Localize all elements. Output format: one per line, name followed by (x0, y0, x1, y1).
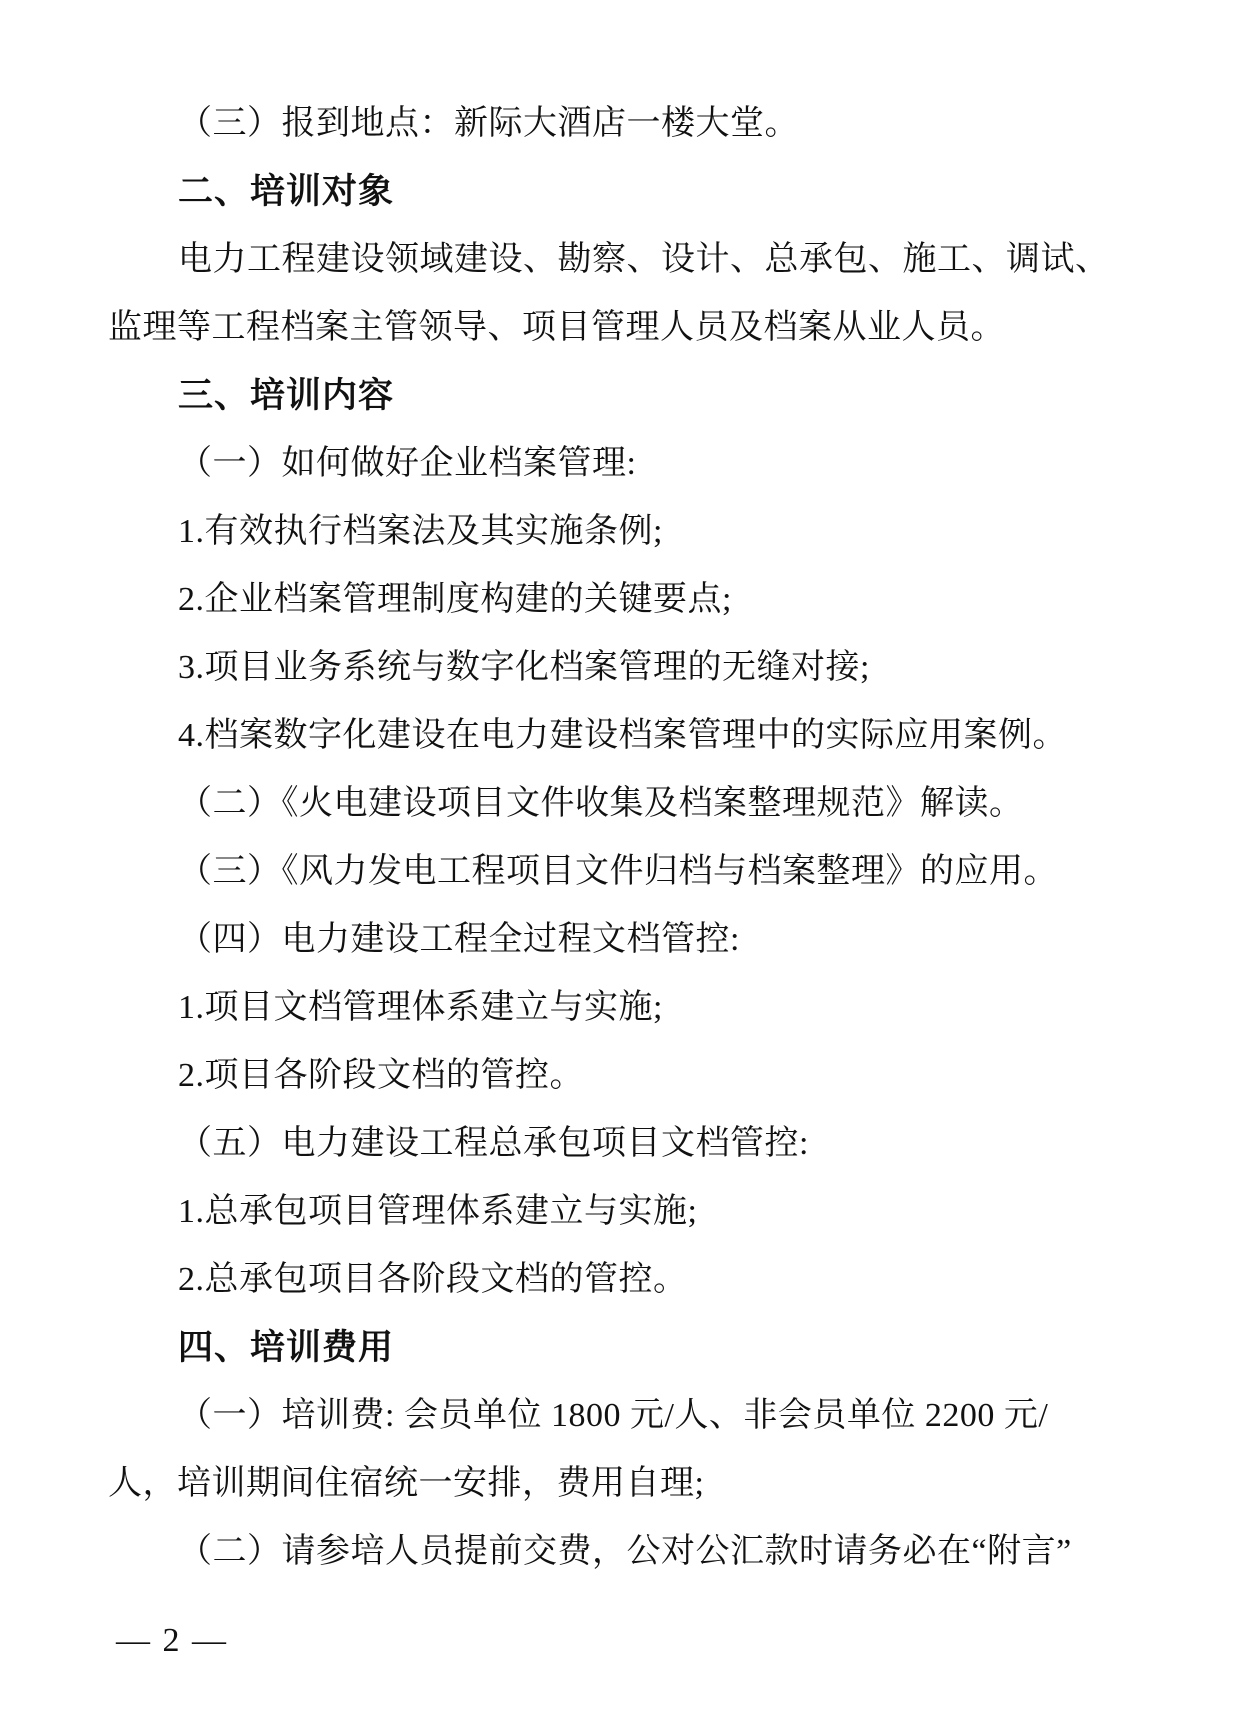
text-line: 2.总承包项目各阶段文档的管控。 (108, 1246, 1120, 1314)
text-line: 1.有效执行档案法及其实施条例; (108, 498, 1120, 566)
text-line: （三）报到地点：新际大酒店一楼大堂。 (108, 90, 1120, 158)
text-line: 4.档案数字化建设在电力建设档案管理中的实际应用案例。 (108, 702, 1120, 770)
text-line: （四）电力建设工程全过程文档管控: (108, 906, 1120, 974)
section-heading: 四、培训费用 (108, 1314, 1120, 1382)
text-line: 2.项目各阶段文档的管控。 (108, 1042, 1120, 1110)
document-content: （三）报到地点：新际大酒店一楼大堂。二、培训对象电力工程建设领域建设、勘察、设计… (108, 90, 1120, 1586)
text-line: 1.总承包项目管理体系建立与实施; (108, 1178, 1120, 1246)
text-line: （一）培训费: 会员单位 1800 元/人、非会员单位 2200 元/ (108, 1382, 1120, 1450)
section-heading: 三、培训内容 (108, 362, 1120, 430)
text-line: 2.企业档案管理制度构建的关键要点; (108, 566, 1120, 634)
text-line: （五）电力建设工程总承包项目文档管控: (108, 1110, 1120, 1178)
text-line: （三）《风力发电工程项目文件归档与档案整理》的应用。 (108, 838, 1120, 906)
text-line: （一）如何做好企业档案管理: (108, 430, 1120, 498)
text-line: 人，培训期间住宿统一安排，费用自理; (108, 1450, 1120, 1518)
text-line: （二）请参培人员提前交费，公对公汇款时请务必在“附言” (108, 1518, 1120, 1586)
text-line: 电力工程建设领域建设、勘察、设计、总承包、施工、调试、 (108, 226, 1120, 294)
text-line: （二）《火电建设项目文件收集及档案整理规范》解读。 (108, 770, 1120, 838)
page-number: — 2 — (116, 1622, 228, 1660)
text-line: 1.项目文档管理体系建立与实施; (108, 974, 1120, 1042)
section-heading: 二、培训对象 (108, 158, 1120, 226)
document-page: （三）报到地点：新际大酒店一楼大堂。二、培训对象电力工程建设领域建设、勘察、设计… (0, 0, 1260, 1713)
text-line: 监理等工程档案主管领导、项目管理人员及档案从业人员。 (108, 294, 1120, 362)
text-line: 3.项目业务系统与数字化档案管理的无缝对接; (108, 634, 1120, 702)
